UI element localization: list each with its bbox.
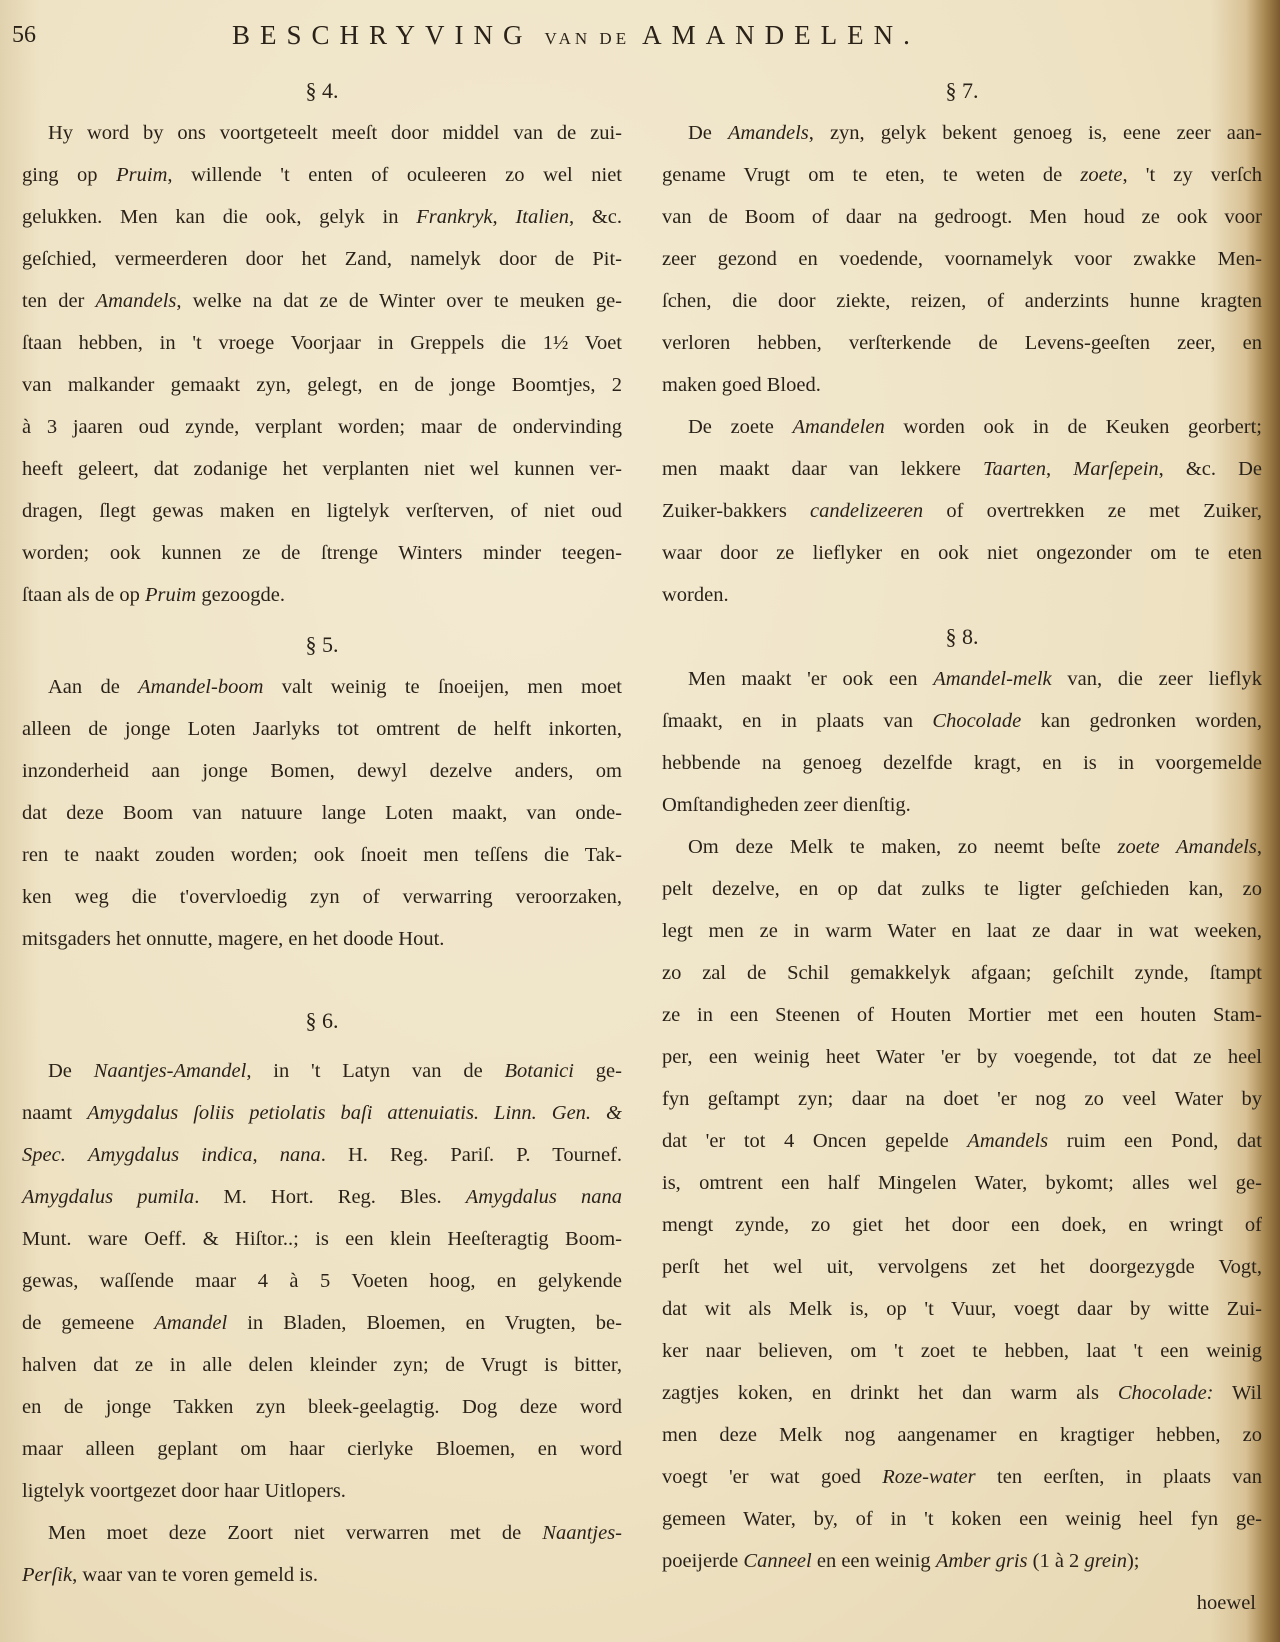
text-line: dat 'er tot 4 Oncen gepelde Amandels rui… bbox=[662, 1120, 1262, 1162]
page-number: 56 bbox=[12, 22, 36, 49]
text-line: ſtaan hebben, in 't vroege Voorjaar in G… bbox=[22, 322, 622, 364]
text-line: ſmaakt, en in plaats van Chocolade kan g… bbox=[662, 700, 1262, 742]
text-line: zo zal de Schil gemakkelyk afgaan; geſch… bbox=[662, 952, 1262, 994]
text-line: maken goed Bloed. bbox=[662, 364, 1262, 406]
title-part-3: AMANDELEN. bbox=[642, 20, 920, 50]
right-column: § 7. De Amandels, zyn, gelyk bekent geno… bbox=[662, 70, 1262, 1624]
text-line: zagtjes koken, en drinkt het dan warm al… bbox=[662, 1372, 1262, 1414]
text-line: ker naar believen, om 't zoet te hebben,… bbox=[662, 1330, 1262, 1372]
section-heading-6: § 6. bbox=[22, 1000, 622, 1042]
italic-term: Perſik bbox=[22, 1564, 72, 1586]
text-line: perſt het wel uit, vervolgens zet het do… bbox=[662, 1246, 1262, 1288]
italic-term: Amandels bbox=[967, 1130, 1048, 1152]
text-line: ren te naakt zouden worden; ook ſnoeit m… bbox=[22, 834, 622, 876]
text-line: Spec. Amygdalus indica, nana. H. Reg. Pa… bbox=[22, 1134, 622, 1176]
text-line: is, omtrent een half Mingelen Water, byk… bbox=[662, 1162, 1262, 1204]
text-line: ten der Amandels, welke na dat ze de Win… bbox=[22, 280, 622, 322]
italic-term: Naantjes- bbox=[542, 1522, 622, 1544]
text-line: men maakt daar van lekkere Taarten, Marſ… bbox=[662, 448, 1262, 490]
text-line: waar door ze lieflyker en ook niet ongez… bbox=[662, 532, 1262, 574]
italic-term: Amygdalus nana bbox=[466, 1186, 622, 1208]
section-6-paragraph-2: Men moet deze Zoort niet verwarren met d… bbox=[22, 1512, 622, 1596]
text-line: Perſik, waar van te voren gemeld is. bbox=[22, 1554, 622, 1596]
italic-term: Amandel-boom bbox=[138, 676, 263, 698]
text-line: de gemeene Amandel in Bladen, Bloemen, e… bbox=[22, 1302, 622, 1344]
section-8-body: Men maakt 'er ook een Amandel-melk van, … bbox=[662, 658, 1262, 826]
italic-term: zoete bbox=[1080, 164, 1122, 186]
text-line: zeer gezond en voedende, voornamelyk voo… bbox=[662, 238, 1262, 280]
text-line: De Amandels, zyn, gelyk bekent genoeg is… bbox=[662, 112, 1262, 154]
italic-term: Amandels bbox=[96, 290, 177, 312]
text-line: dat wit als Melk is, op 't Vuur, voegt d… bbox=[662, 1288, 1262, 1330]
text-line: De zoete Amandelen worden ook in de Keuk… bbox=[662, 406, 1262, 448]
text-line: Men moet deze Zoort niet verwarren met d… bbox=[22, 1512, 622, 1554]
italic-term: Botanici bbox=[505, 1060, 574, 1082]
text-line: dat deze Boom van natuure lange Loten ma… bbox=[22, 792, 622, 834]
italic-term: Chocolade bbox=[932, 710, 1021, 732]
section-7-paragraph-2: De zoete Amandelen worden ook in de Keuk… bbox=[662, 406, 1262, 616]
text-line: halven dat ze in alle delen kleinder zyn… bbox=[22, 1344, 622, 1386]
italic-term: Pruim bbox=[116, 164, 167, 186]
italic-term: Roze-water bbox=[882, 1466, 975, 1488]
italic-term: Italien bbox=[515, 206, 569, 228]
text-line: gewas, waſſende maar 4 à 5 Voeten hoog, … bbox=[22, 1260, 622, 1302]
section-heading-7: § 7. bbox=[662, 70, 1262, 112]
page-title: BESCHRYVINGVAN DEAMANDELEN. bbox=[232, 20, 920, 51]
left-column: § 4. Hy word by ons voortgeteelt meeſt d… bbox=[22, 70, 622, 1596]
text-line: voegt 'er wat goed Roze-water ten eerſte… bbox=[662, 1456, 1262, 1498]
text-line: dragen, ſlegt gewas maken en ligtelyk ve… bbox=[22, 490, 622, 532]
text-line: gelukken. Men kan die ook, gelyk in Fran… bbox=[22, 196, 622, 238]
text-line: legt men ze in warm Water en laat ze daa… bbox=[662, 910, 1262, 952]
text-line: heeft geleert, dat zodanige het verplant… bbox=[22, 448, 622, 490]
italic-term: Amandel-melk bbox=[933, 668, 1051, 690]
italic-term: Amygdalus pumila bbox=[22, 1186, 194, 1208]
text-line: Munt. ware Oeff. & Hiſtor..; is een klei… bbox=[22, 1218, 622, 1260]
text-line: inzonderheid aan jonge Bomen, dewyl deze… bbox=[22, 750, 622, 792]
text-line: geſchied, vermeerderen door het Zand, na… bbox=[22, 238, 622, 280]
italic-term: Pruim bbox=[145, 584, 196, 606]
italic-term: Amandelen bbox=[792, 416, 884, 438]
running-head: 56 BESCHRYVINGVAN DEAMANDELEN. bbox=[0, 18, 1280, 58]
text-line: à 3 jaaren oud zynde, verplant worden; m… bbox=[22, 406, 622, 448]
text-line: fyn geſtampt zyn; daar na doet 'er nog z… bbox=[662, 1078, 1262, 1120]
italic-term: Amandels bbox=[728, 122, 809, 144]
italic-term: Spec. bbox=[22, 1144, 66, 1166]
italic-term: Frankryk bbox=[416, 206, 492, 228]
italic-term: Chocolade: bbox=[1118, 1382, 1214, 1404]
section-heading-4: § 4. bbox=[22, 70, 622, 112]
section-heading-5: § 5. bbox=[22, 624, 622, 666]
text-line: ze in een Steenen of Houten Mortier met … bbox=[662, 994, 1262, 1036]
text-line: hebbende na genoeg dezelfde kragt, en is… bbox=[662, 742, 1262, 784]
italic-term: zoete Amandels bbox=[1118, 836, 1257, 858]
text-line: worden; ook kunnen ze de ſtrenge Winters… bbox=[22, 532, 622, 574]
text-line: Amygdalus pumila. M. Hort. Reg. Bles. Am… bbox=[22, 1176, 622, 1218]
title-part-1: BESCHRYVING bbox=[232, 20, 533, 50]
text-line: Aan de Amandel-boom valt weinig te ſnoei… bbox=[22, 666, 622, 708]
text-line: Zuiker-bakkers candelizeeren of overtrek… bbox=[662, 490, 1262, 532]
italic-term: Taarten bbox=[983, 458, 1046, 480]
italic-term: Amygdalus indica bbox=[88, 1144, 252, 1166]
italic-term: Amber gris bbox=[936, 1550, 1028, 1572]
text-line: van de Boom of daar na gedroogt. Men hou… bbox=[662, 196, 1262, 238]
italic-term: candelizeeren bbox=[810, 500, 923, 522]
text-line: naamt Amygdalus ſoliis petiolatis baſi a… bbox=[22, 1092, 622, 1134]
text-line: ligtelyk voortgezet door haar Uitlopers. bbox=[22, 1470, 622, 1512]
section-4-body: Hy word by ons voortgeteelt meeſt door m… bbox=[22, 112, 622, 616]
text-line: gemeen Water, by, of in 't koken een wei… bbox=[662, 1498, 1262, 1540]
title-part-2: VAN DE bbox=[545, 29, 631, 48]
section-5-body: Aan de Amandel-boom valt weinig te ſnoei… bbox=[22, 666, 622, 960]
text-line: poeijerde Canneel en een weinig Amber gr… bbox=[662, 1540, 1262, 1582]
text-line: ging op Pruim, willende 't enten of ocul… bbox=[22, 154, 622, 196]
text-line: verloren hebben, verſterkende de Levens-… bbox=[662, 322, 1262, 364]
section-6-body: De Naantjes-Amandel, in 't Latyn van de … bbox=[22, 1050, 622, 1512]
text-line: ken weg die t'overvloedig zyn of verwarr… bbox=[22, 876, 622, 918]
text-line: Om deze Melk te maken, zo neemt beſte zo… bbox=[662, 826, 1262, 868]
text-line: worden. bbox=[662, 574, 1262, 616]
text-line: en de jonge Takken zyn bleek-geelagtig. … bbox=[22, 1386, 622, 1428]
italic-term: nana bbox=[280, 1144, 321, 1166]
section-7-body: De Amandels, zyn, gelyk bekent genoeg is… bbox=[662, 112, 1262, 406]
catchword: hoewel bbox=[662, 1582, 1262, 1624]
text-line: De Naantjes-Amandel, in 't Latyn van de … bbox=[22, 1050, 622, 1092]
italic-term: Canneel bbox=[743, 1550, 811, 1572]
italic-term: Naantjes-Amandel bbox=[94, 1060, 247, 1082]
text-line: men deze Melk nog aangenamer en kragtige… bbox=[662, 1414, 1262, 1456]
text-line: per, een weinig heet Water 'er by voegen… bbox=[662, 1036, 1262, 1078]
text-line: alleen de jonge Loten Jaarlyks tot omtre… bbox=[22, 708, 622, 750]
text-line: Men maakt 'er ook een Amandel-melk van, … bbox=[662, 658, 1262, 700]
italic-term: Amygdalus ſoliis petiolatis baſi attenui… bbox=[87, 1102, 622, 1124]
text-line: pelt dezelve, en op dat zulks te ligter … bbox=[662, 868, 1262, 910]
italic-term: Marſepein bbox=[1073, 458, 1158, 480]
text-line: mengt zynde, zo giet het door een doek, … bbox=[662, 1204, 1262, 1246]
italic-term: Amandel bbox=[154, 1312, 227, 1334]
text-line: ſchen, die door ziekte, reizen, of ander… bbox=[662, 280, 1262, 322]
text-line: gename Vrugt om te eten, te weten de zoe… bbox=[662, 154, 1262, 196]
text-line: Hy word by ons voortgeteelt meeſt door m… bbox=[22, 112, 622, 154]
text-line: mitsgaders het onnutte, magere, en het d… bbox=[22, 918, 622, 960]
section-8-paragraph-2: Om deze Melk te maken, zo neemt beſte zo… bbox=[662, 826, 1262, 1582]
italic-term: grein bbox=[1084, 1550, 1127, 1572]
text-line: Omſtandigheden zeer dienſtig. bbox=[662, 784, 1262, 826]
section-heading-8: § 8. bbox=[662, 616, 1262, 658]
text-line: ſtaan als de op Pruim gezoogde. bbox=[22, 574, 622, 616]
book-page: 56 BESCHRYVINGVAN DEAMANDELEN. § 4. Hy w… bbox=[0, 0, 1280, 1642]
text-line: van malkander gemaakt zyn, gelegt, en de… bbox=[22, 364, 622, 406]
text-line: maar alleen geplant om haar cierlyke Blo… bbox=[22, 1428, 622, 1470]
